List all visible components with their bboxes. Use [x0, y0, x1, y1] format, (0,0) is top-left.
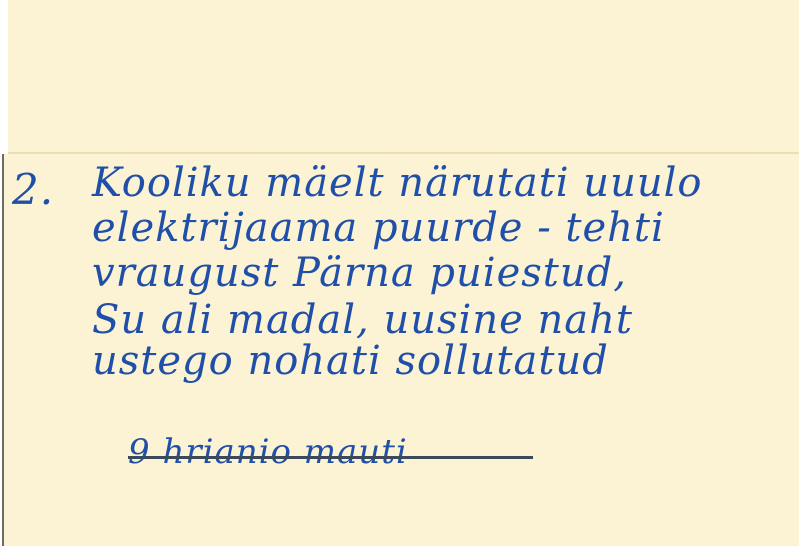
- item-number: 2.: [12, 165, 54, 214]
- handwritten-line-3: vraugust Pärna puiestud,: [92, 250, 627, 296]
- strikethrough-mark: [128, 456, 533, 459]
- paper-top-flap: [8, 0, 799, 156]
- handwritten-line-1: Kooliku mäelt närutati uuulo: [92, 160, 702, 206]
- handwritten-line-4: Su ali madal, uusine naht: [92, 297, 633, 343]
- handwritten-line-2: elektrijaama puurde - tehti: [92, 205, 665, 251]
- handwritten-line-5: ustego nohati sollutatud: [92, 338, 609, 384]
- struck-through-line: 9 hrianio mauti: [128, 432, 408, 472]
